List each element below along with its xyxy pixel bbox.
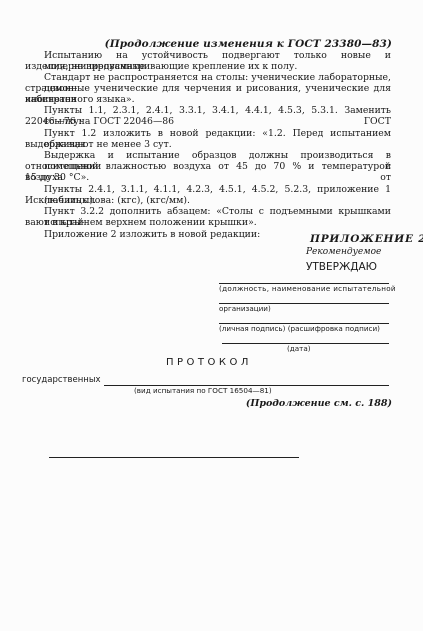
body-line: Исключить слова: (кгс), (кгс/мм). (25, 195, 391, 206)
protocol-title: ПРОТОКОЛ (166, 357, 252, 368)
body-line: вают в крайнем верхнем положении крышки»… (25, 217, 391, 228)
body-line: 22046—76 на ГОСТ 22046—86 (25, 116, 391, 127)
protocol-line-caption: (вид испытания по ГОСТ 16504—81) (134, 386, 272, 395)
body-line: изделия, не предусматривающие крепление … (25, 61, 391, 72)
field-caption-signature: (личная подпись) (расшифровка подписи) (219, 324, 380, 333)
appendix-status: Рекомендуемое (306, 247, 381, 257)
appendix-title: ПРИЛОЖЕНИЕ 2 (310, 233, 423, 245)
field-caption-organization: организации) (219, 304, 271, 313)
body-line: выдерживают не менее 3 сут. (25, 139, 391, 150)
page-footer-continuation: (Продолжение см. с. 188) (246, 398, 392, 409)
field-caption-date: (дата) (287, 344, 311, 353)
approve-heading: УТВЕРЖДАЮ (306, 261, 377, 273)
field-caption-position: (должность, наименование испытательной (219, 284, 396, 293)
body-line: иностранного языка». (25, 94, 391, 105)
page-header-continuation: (Продолжение изменения к ГОСТ 23380—83) (105, 38, 392, 50)
body-line: 15 до 30 °С». (25, 172, 391, 183)
protocol-line-label: государственных (22, 375, 101, 385)
